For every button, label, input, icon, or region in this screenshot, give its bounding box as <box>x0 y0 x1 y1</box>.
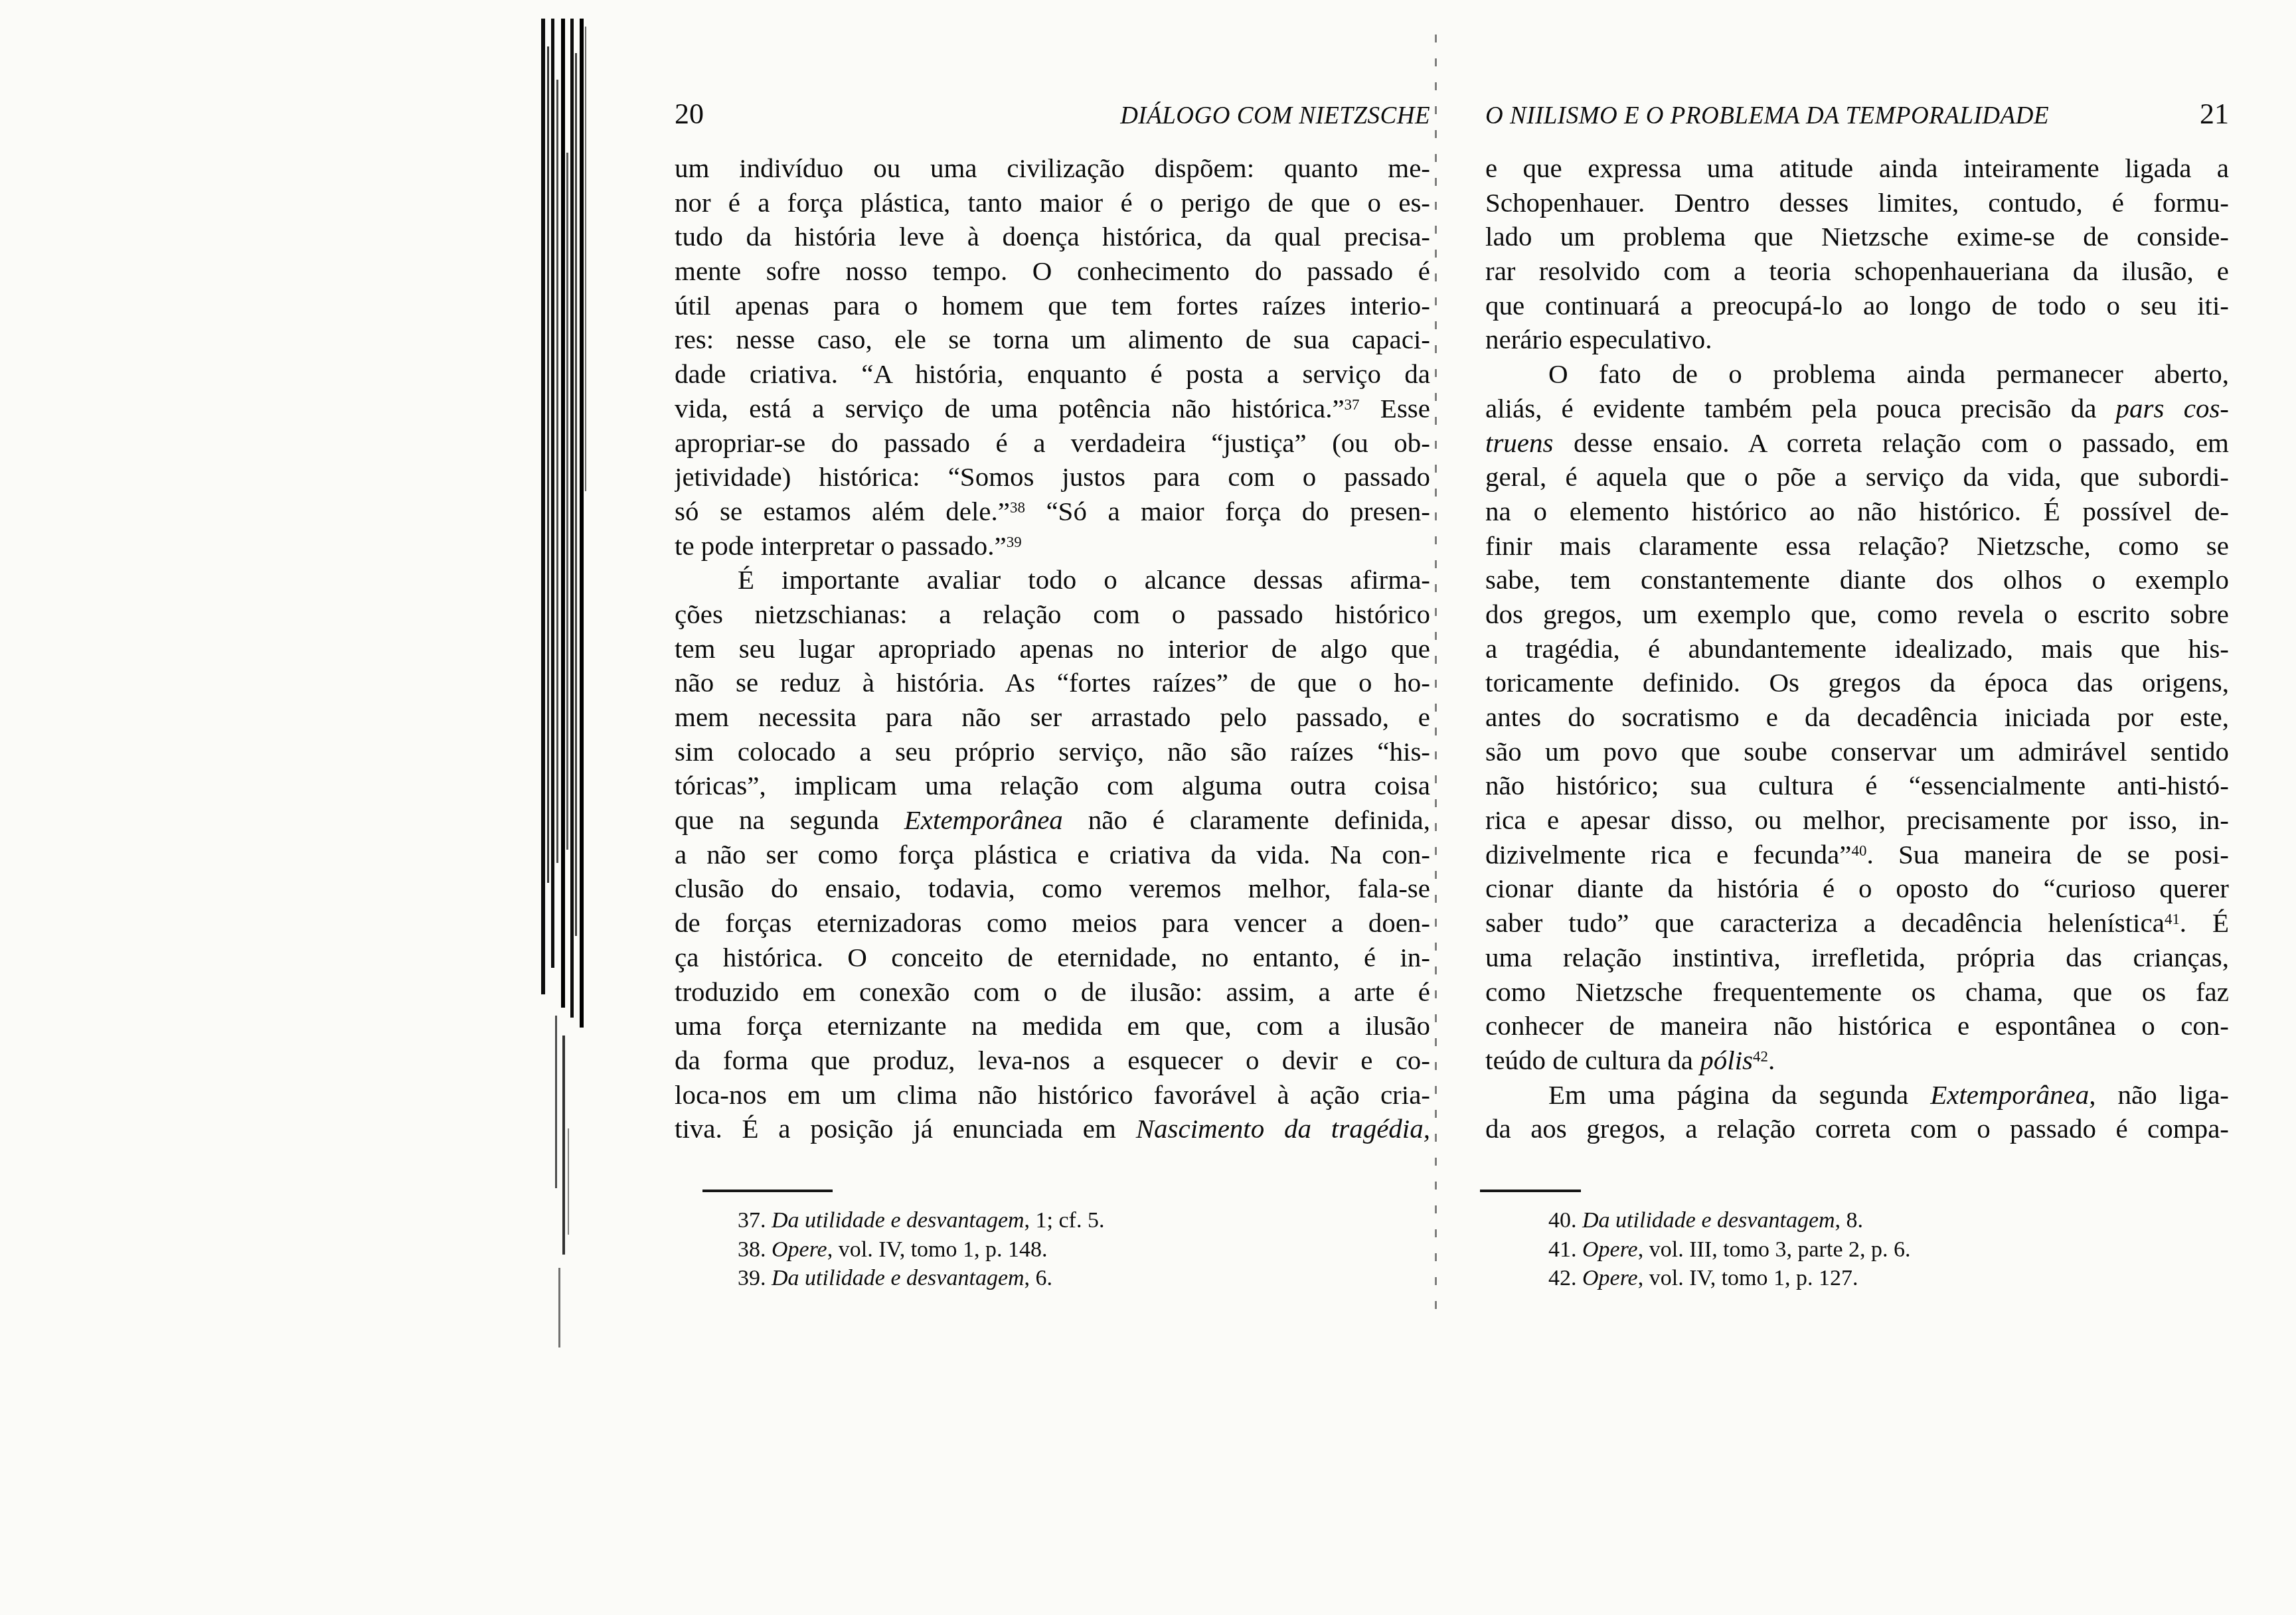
text-segment: Nascimento da tragédia, <box>1136 1113 1430 1144</box>
text-segment: lado um problema que Nietzsche exime-se … <box>1485 221 2229 252</box>
text-segment: 40. <box>1548 1208 1582 1233</box>
text-segment: são um povo que soube conservar um admir… <box>1485 736 2229 767</box>
text-line: não se reduz à história. As “fortes raíz… <box>675 666 1430 700</box>
text-segment: Em uma página da segunda <box>1548 1079 1930 1110</box>
text-segment: 38. <box>738 1237 772 1262</box>
footnote-reference-superscript: 39 <box>1007 534 1022 550</box>
text-segment: não é claramente definida, <box>1063 805 1430 835</box>
text-segment: 39. <box>738 1266 772 1290</box>
text-segment: Da utilidade e desvantagem <box>1582 1208 1835 1233</box>
text-segment: . É <box>2180 907 2229 938</box>
text-segment: Da utilidade e desvantagem <box>772 1266 1025 1290</box>
center-fold-line <box>1435 35 1437 1322</box>
text-line: dos gregos, um exemplo que, como revela … <box>1485 597 2229 632</box>
footnote-rule <box>702 1190 833 1192</box>
streak-line <box>558 1268 560 1347</box>
text-segment: aliás, é evidente também pela pouca prec… <box>1485 393 2116 423</box>
text-line: É importante avaliar todo o alcance dess… <box>675 563 1430 597</box>
footnote: 41. Opere, vol. III, tomo 3, parte 2, p.… <box>1485 1235 2229 1265</box>
text-line: nor é a força plástica, tanto maior é o … <box>675 186 1430 220</box>
text-segment: útil apenas para o homem que tem fortes … <box>675 290 1430 321</box>
footnote-reference-superscript: 42 <box>1753 1048 1768 1065</box>
streak-line <box>568 1128 569 1235</box>
text-line: vida, está a serviço de uma potência não… <box>675 392 1430 426</box>
text-segment: a não ser como força plástica e criativa… <box>675 839 1430 870</box>
text-line: uma relação instintiva, irrefletida, pró… <box>1485 941 2229 975</box>
text-line: res: nesse caso, ele se torna um aliment… <box>675 323 1430 357</box>
text-segment: a tragédia, é abundantemente idealizado,… <box>1485 633 2229 664</box>
text-segment: Esse <box>1360 393 1430 423</box>
streak-line <box>551 19 554 968</box>
text-segment: antes do socratismo e da decadência inic… <box>1485 702 2229 732</box>
footnotes: 40. Da utilidade e desvantagem, 8.41. Op… <box>1485 1206 2229 1293</box>
text-line: tiva. É a posição já enunciada em Nascim… <box>675 1112 1430 1146</box>
page-text-column: e que expressa uma atitude ainda inteira… <box>1485 151 2229 1146</box>
text-line: tem seu lugar apropriado apenas no inter… <box>675 632 1430 666</box>
text-segment: , vol. III, tomo 3, parte 2, p. 6. <box>1638 1237 1911 1262</box>
page-text-column: um indivíduo ou uma civilização dispõem:… <box>675 151 1430 1146</box>
text-segment: . <box>1768 1045 1775 1075</box>
text-line: na o elemento histórico ao não histórico… <box>1485 495 2229 529</box>
text-segment: pars cos- <box>2116 393 2229 423</box>
text-segment: desse ensaio. A correta relação com o pa… <box>1554 427 2230 458</box>
text-line: que na segunda Extemporânea não é claram… <box>675 803 1430 838</box>
text-segment: te pode interpretar o passado.” <box>675 530 1007 561</box>
text-line: toricamente definido. Os gregos da época… <box>1485 666 2229 700</box>
text-segment: na o elemento histórico ao não histórico… <box>1485 496 2229 526</box>
text-segment: mem necessita para não ser arrastado pel… <box>675 702 1430 732</box>
text-segment: É importante avaliar todo o alcance dess… <box>738 564 1430 595</box>
text-segment: vida, está a serviço de uma potência não… <box>675 393 1345 423</box>
text-line: da forma que produz, leva-nos a esquecer… <box>675 1043 1430 1078</box>
text-line: ça histórica. O conceito de eternidade, … <box>675 941 1430 975</box>
text-segment: toricamente definido. Os gregos da época… <box>1485 667 2229 698</box>
text-segment: rica e apesar disso, ou melhor, precisam… <box>1485 805 2229 835</box>
text-segment: , 1; cf. 5. <box>1025 1208 1105 1233</box>
streak-line <box>580 19 584 1028</box>
text-segment: pólis <box>1700 1045 1753 1075</box>
text-line: apropriar-se do passado é a verdadeira “… <box>675 426 1430 461</box>
text-segment: da forma que produz, leva-nos a esquecer… <box>675 1045 1430 1075</box>
text-segment: mente sofre nosso tempo. O conhecimento … <box>675 256 1430 286</box>
text-line: O fato de o problema ainda permanecer ab… <box>1485 357 2229 392</box>
text-line: a não ser como força plástica e criativa… <box>675 838 1430 872</box>
footnote-reference-superscript: 38 <box>1010 499 1025 516</box>
streak-line <box>555 1016 557 1188</box>
text-segment: , 6. <box>1025 1266 1053 1290</box>
footnote-reference-superscript: 40 <box>1851 842 1866 859</box>
text-line: cionar diante da história é o oposto do … <box>1485 872 2229 906</box>
streak-line <box>547 46 549 883</box>
text-line: da aos gregos, a relação correta com o p… <box>1485 1112 2229 1146</box>
text-segment: sim colocado a seu próprio serviço, não … <box>675 736 1430 767</box>
text-segment: Schopenhauer. Dentro desses limites, con… <box>1485 187 2229 218</box>
text-line: teúdo de cultura da pólis42. <box>1485 1043 2229 1078</box>
page-number: 21 <box>2200 97 2229 131</box>
text-segment: rar resolvido com a teoria schopenhaueri… <box>1485 256 2229 286</box>
footnote: 38. Opere, vol. IV, tomo 1, p. 148. <box>675 1235 1430 1265</box>
text-line: uma força eternizante na medida em que, … <box>675 1009 1430 1043</box>
footnote: 39. Da utilidade e desvantagem, 6. <box>675 1264 1430 1293</box>
text-line: que continuará a preocupá-lo ao longo de… <box>1485 289 2229 323</box>
text-segment: 37. <box>738 1208 772 1233</box>
text-segment: não liga- <box>2096 1079 2229 1110</box>
text-line: finir mais claramente essa relação? Niet… <box>1485 529 2229 564</box>
text-segment: de forças eternizadoras como meios para … <box>675 907 1430 938</box>
text-line: dizivelmente rica e fecunda”40. Sua mane… <box>1485 838 2229 872</box>
text-segment: O fato de o problema ainda permanecer ab… <box>1548 358 2229 389</box>
footnote-reference-superscript: 37 <box>1345 396 1360 413</box>
text-segment: cionar diante da história é o oposto do … <box>1485 873 2229 903</box>
text-line: não histórico; sua cultura é “essencialm… <box>1485 769 2229 803</box>
text-segment: tem seu lugar apropriado apenas no inter… <box>675 633 1430 664</box>
text-segment: tiva. É a posição já enunciada em <box>675 1113 1136 1144</box>
text-segment: nerário especulativo. <box>1485 324 1712 354</box>
text-line: de forças eternizadoras como meios para … <box>675 906 1430 941</box>
text-segment: . Sua maneira de se posi- <box>1866 839 2229 870</box>
text-line: são um povo que soube conservar um admir… <box>1485 735 2229 769</box>
text-line: útil apenas para o homem que tem fortes … <box>675 289 1430 323</box>
text-line: ções nietzschianas: a relação com o pass… <box>675 597 1430 632</box>
text-segment: dade criativa. “A história, enquanto é p… <box>675 358 1430 389</box>
text-segment: saber tudo” que caracteriza a decadência… <box>1485 907 2165 938</box>
text-segment: truens <box>1485 427 1554 458</box>
text-segment: sabe, tem constantemente diante dos olho… <box>1485 564 2229 595</box>
text-line: troduzido em conexão com o de ilusão: as… <box>675 975 1430 1010</box>
text-line: só se estamos além dele.”38 “Só a maior … <box>675 495 1430 529</box>
text-line: tudo da história leve à doença histórica… <box>675 220 1430 254</box>
text-segment: tóricas”, implicam uma relação com algum… <box>675 770 1430 801</box>
text-line: como Nietzsche frequentemente os chama, … <box>1485 975 2229 1010</box>
footnote: 42. Opere, vol. IV, tomo 1, p. 127. <box>1485 1264 2229 1293</box>
text-segment: geral, é aquela que o põe a serviço da v… <box>1485 461 2229 492</box>
streak-line <box>575 53 577 936</box>
text-segment: Da utilidade e desvantagem <box>772 1208 1025 1233</box>
page-left: 20 DIÁLOGO COM NIETZSCHE um indivíduo ou… <box>675 0 1430 1615</box>
text-line: conhecer de maneira não histórica e espo… <box>1485 1009 2229 1043</box>
text-segment: só se estamos além dele.” <box>675 496 1010 526</box>
streak-line <box>541 19 545 994</box>
text-segment: jetividade) histórica: “Somos justos par… <box>675 461 1430 492</box>
text-line: Schopenhauer. Dentro desses limites, con… <box>1485 186 2229 220</box>
text-segment: clusão do ensaio, todavia, como veremos … <box>675 873 1430 903</box>
footnote-reference-superscript: 41 <box>2165 911 2180 927</box>
streak-line <box>562 1036 565 1255</box>
text-line: mente sofre nosso tempo. O conhecimento … <box>675 254 1430 289</box>
text-line: Em uma página da segunda Extemporânea, n… <box>1485 1078 2229 1113</box>
text-line: mem necessita para não ser arrastado pel… <box>675 700 1430 735</box>
footnote-rule <box>1480 1190 1581 1192</box>
text-line: clusão do ensaio, todavia, como veremos … <box>675 872 1430 906</box>
text-segment: Opere <box>772 1237 827 1262</box>
text-segment: como Nietzsche frequentemente os chama, … <box>1485 976 2229 1007</box>
text-segment: ça histórica. O conceito de eternidade, … <box>675 942 1430 972</box>
text-line: sim colocado a seu próprio serviço, não … <box>675 735 1430 769</box>
text-line: nerário especulativo. <box>1485 323 2229 357</box>
text-line: dade criativa. “A história, enquanto é p… <box>675 357 1430 392</box>
streak-line <box>570 19 574 1018</box>
text-segment: 42. <box>1548 1266 1582 1290</box>
running-title: O NIILISMO E O PROBLEMA DA TEMPORALIDADE <box>1485 102 2049 130</box>
text-segment: “Só a maior força do presen- <box>1025 496 1430 526</box>
footnote: 37. Da utilidade e desvantagem, 1; cf. 5… <box>675 1206 1430 1235</box>
text-segment: e que expressa uma atitude ainda inteira… <box>1485 153 2229 183</box>
text-segment: que na segunda <box>675 805 904 835</box>
text-line: sabe, tem constantemente diante dos olho… <box>1485 563 2229 597</box>
text-line: te pode interpretar o passado.”39 <box>675 529 1430 564</box>
text-segment: da aos gregos, a relação correta com o p… <box>1485 1113 2229 1144</box>
text-line: lado um problema que Nietzsche exime-se … <box>1485 220 2229 254</box>
streak-line <box>585 27 586 491</box>
text-line: e que expressa uma atitude ainda inteira… <box>1485 151 2229 186</box>
text-line: truens desse ensaio. A correta relação c… <box>1485 426 2229 461</box>
text-segment: não histórico; sua cultura é “essencialm… <box>1485 770 2229 801</box>
text-line: um indivíduo ou uma civilização dispõem:… <box>675 151 1430 186</box>
text-segment: tudo da história leve à doença histórica… <box>675 221 1430 252</box>
text-segment: conhecer de maneira não histórica e espo… <box>1485 1010 2229 1041</box>
text-segment: Extemporânea, <box>1930 1079 2095 1110</box>
text-line: tóricas”, implicam uma relação com algum… <box>675 769 1430 803</box>
text-line: jetividade) histórica: “Somos justos par… <box>675 460 1430 495</box>
text-line: saber tudo” que caracteriza a decadência… <box>1485 906 2229 941</box>
text-segment: dos gregos, um exemplo que, como revela … <box>1485 599 2229 629</box>
text-segment: Opere <box>1582 1266 1638 1290</box>
text-line: rar resolvido com a teoria schopenhaueri… <box>1485 254 2229 289</box>
text-line: aliás, é evidente também pela pouca prec… <box>1485 392 2229 426</box>
text-line: rica e apesar disso, ou melhor, precisam… <box>1485 803 2229 838</box>
footnotes: 37. Da utilidade e desvantagem, 1; cf. 5… <box>675 1206 1430 1293</box>
streak-line <box>566 153 568 850</box>
text-segment: Opere <box>1582 1237 1638 1262</box>
text-line: a tragédia, é abundantemente idealizado,… <box>1485 632 2229 666</box>
text-segment: dizivelmente rica e fecunda” <box>1485 839 1851 870</box>
text-segment: troduzido em conexão com o de ilusão: as… <box>675 976 1430 1007</box>
streak-line <box>556 80 558 863</box>
page-header: O NIILISMO E O PROBLEMA DA TEMPORALIDADE… <box>1485 97 2229 131</box>
text-segment: uma força eternizante na medida em que, … <box>675 1010 1430 1041</box>
page-header: 20 DIÁLOGO COM NIETZSCHE <box>675 97 1430 131</box>
text-segment: um indivíduo ou uma civilização dispõem:… <box>675 153 1430 183</box>
text-segment: res: nesse caso, ele se torna um aliment… <box>675 324 1430 354</box>
page-number: 20 <box>675 97 704 131</box>
text-segment: Extemporânea <box>904 805 1063 835</box>
running-title: DIÁLOGO COM NIETZSCHE <box>1120 102 1430 130</box>
book-scan-spread: 20 DIÁLOGO COM NIETZSCHE um indivíduo ou… <box>0 0 2296 1615</box>
text-segment: uma relação instintiva, irrefletida, pró… <box>1485 942 2229 972</box>
text-segment: não se reduz à história. As “fortes raíz… <box>675 667 1430 698</box>
page-right: O NIILISMO E O PROBLEMA DA TEMPORALIDADE… <box>1485 0 2229 1615</box>
text-segment: teúdo de cultura da <box>1485 1045 1700 1075</box>
text-segment: nor é a força plástica, tanto maior é o … <box>675 187 1430 218</box>
text-segment: ções nietzschianas: a relação com o pass… <box>675 599 1430 629</box>
text-segment: apropriar-se do passado é a verdadeira “… <box>675 427 1430 458</box>
footnote: 40. Da utilidade e desvantagem, 8. <box>1485 1206 2229 1235</box>
text-segment: , vol. IV, tomo 1, p. 148. <box>827 1237 1048 1262</box>
text-segment: , 8. <box>1835 1208 1864 1233</box>
text-segment: finir mais claramente essa relação? Niet… <box>1485 530 2229 561</box>
text-line: loca-nos em um clima não histórico favor… <box>675 1078 1430 1113</box>
text-segment: , vol. IV, tomo 1, p. 127. <box>1638 1266 1858 1290</box>
text-segment: que continuará a preocupá-lo ao longo de… <box>1485 290 2229 321</box>
streak-line <box>561 19 565 1008</box>
text-line: antes do socratismo e da decadência inic… <box>1485 700 2229 735</box>
text-segment: 41. <box>1548 1237 1582 1262</box>
text-line: geral, é aquela que o põe a serviço da v… <box>1485 460 2229 495</box>
text-segment: loca-nos em um clima não histórico favor… <box>675 1079 1430 1110</box>
